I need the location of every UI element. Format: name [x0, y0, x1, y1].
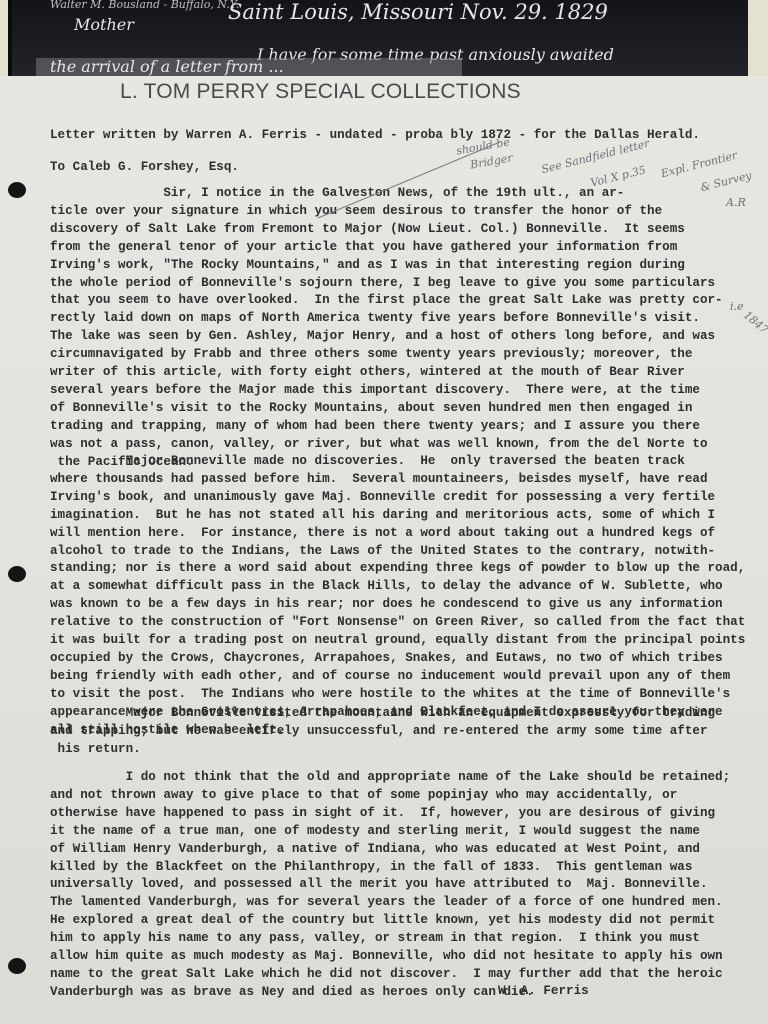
handwritten-strike-line — [0, 0, 768, 1024]
